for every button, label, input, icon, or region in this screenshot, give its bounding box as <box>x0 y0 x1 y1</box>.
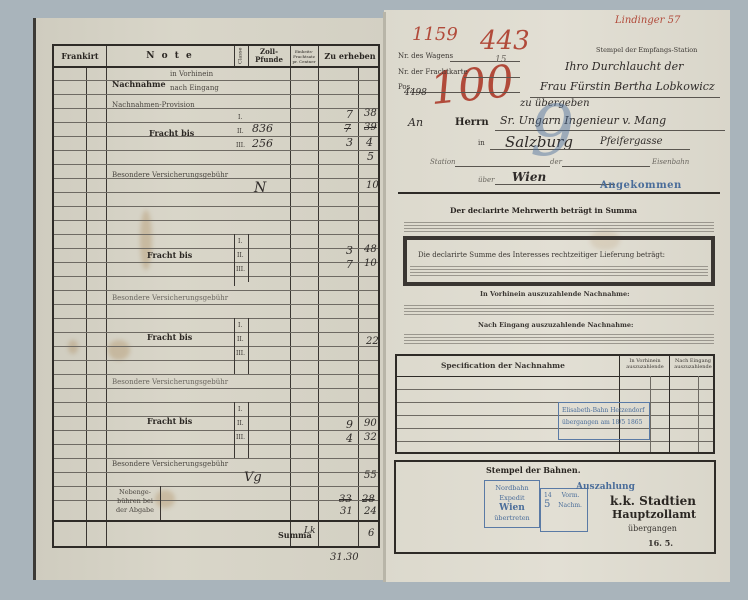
vers-amount: 55 <box>364 470 377 481</box>
label-nachnahme: Nachnahme <box>112 79 166 89</box>
label-versicherung: Besondere Versicherungsgebühr <box>112 378 228 386</box>
label-nachnahmen-provision: Nachnahmen-Provision <box>112 101 195 109</box>
class-i: I. <box>238 114 242 121</box>
address-via: Wien <box>512 170 546 184</box>
summa-mark: Lk <box>304 526 315 536</box>
amount-fl-struck: 7 <box>344 122 351 135</box>
label-fracht-bis: Fracht bis <box>147 250 192 260</box>
spec-title: Specification der Nachnahme <box>441 361 565 370</box>
label-versicherung: Besondere Versicherungsgebühr <box>112 460 228 468</box>
label-versicherung: Besondere Versicherungsgebühr <box>112 171 228 179</box>
label-eisenbahn: Eisenbahn <box>652 158 689 166</box>
stamp-time: Vorm. <box>562 492 580 499</box>
header-zoll-pfunde: Zoll- Pfunde <box>248 46 290 66</box>
wagen-note: 15 <box>495 55 506 65</box>
label-fracht-bis: Fracht bis <box>147 416 192 426</box>
stamp-angekommen: Angekommen <box>600 180 682 191</box>
summa-amount: 6 <box>368 528 374 539</box>
header-frankirt: Frankirt <box>54 46 106 66</box>
amount-fl: 7 <box>346 108 353 121</box>
label-nr-wagens: Nr. des Wagens <box>398 52 453 60</box>
class-iii: III. <box>236 266 245 273</box>
class-iii: III. <box>236 350 245 357</box>
class-iii: III. <box>236 142 245 149</box>
stamp-auszahlung: Auszahlung <box>576 482 635 492</box>
stamp-line: Elisabeth-Bahn Hetzendorf <box>562 405 646 417</box>
label-nr-frachtkarte: Nr. der Frachtkarte <box>398 68 468 76</box>
label-fracht-bis: Fracht bis <box>149 128 194 138</box>
spec-col-vorhinein: In Vorhinein auszuzahlende <box>621 358 669 370</box>
stamp-line: Expedit <box>488 493 536 503</box>
class-ii: II. <box>237 336 244 343</box>
total-below: 31.30 <box>330 552 359 563</box>
stamp-date: 14 <box>544 492 552 499</box>
stamp-zollamt-line3: übergangen <box>628 524 677 533</box>
specification-table: Specification der Nachnahme In Vorhinein… <box>395 354 715 454</box>
amount-kr: 48 <box>364 244 377 255</box>
stamp-zollamt-line2: Hauptzollamt <box>612 508 696 521</box>
label-stempel-empfang: Stempel der Empfangs-Station <box>596 46 697 54</box>
blue-pencil-mark: 9 <box>530 90 575 172</box>
header-classe: Classe <box>234 46 248 66</box>
vers-mark: Vg <box>244 470 262 485</box>
weight-class-ii: 836 <box>252 122 273 135</box>
header-einheits-frachtsatz: Einheits-Frachtsatz pr. Centner <box>290 46 318 66</box>
eingang-nachnahme-label: Nach Eingang auszuzahlende Nachnahme: <box>478 321 633 329</box>
label-in: in <box>478 139 485 147</box>
red-number-1159: 1159 <box>412 24 458 45</box>
amount-fl: 3 <box>346 136 353 149</box>
label-station: Station <box>430 158 456 166</box>
charges-table: Frankirt N o t e Classe Zoll- Pfunde Ein… <box>52 44 380 548</box>
class-i: I. <box>238 322 242 329</box>
class-i: I. <box>238 238 242 245</box>
class-i: I. <box>238 406 242 413</box>
label-nach-eingang: nach Eingang <box>170 84 219 92</box>
amount-kr-struck: 39 <box>364 122 377 133</box>
amount-kr: 22 <box>366 336 379 347</box>
red-number-443: 443 <box>480 26 530 56</box>
amount-kr: 10 <box>364 258 377 269</box>
stamp-zollamt-line1: k.k. Stadtien <box>610 494 696 508</box>
label-versicherung: Besondere Versicherungsgebühr <box>112 294 228 302</box>
label-fracht-bis: Fracht bis <box>147 332 192 342</box>
pos-note: 4498 <box>404 88 427 98</box>
label-herrn: Herrn <box>455 117 489 128</box>
amount-fl: 7 <box>346 258 353 271</box>
amount-kr: 5 <box>367 150 374 163</box>
stamp-elisabeth-bahn: Elisabeth-Bahn Hetzendorf übergangen am … <box>558 402 650 440</box>
neben-kr: 24 <box>364 506 377 517</box>
neben-struck-fl: 33 <box>339 494 352 505</box>
vers-mark: N <box>254 180 266 196</box>
herrn-prefix: An <box>408 116 423 129</box>
declared-value-label: Der declarirte Mehrwerth beträgt in Summ… <box>450 206 637 215</box>
label-uber: über <box>478 176 494 184</box>
stamp-nordbahn: Nordbahn Expedit Wien übertreten <box>484 480 540 528</box>
top-right-note: Lindinger 57 <box>615 15 680 26</box>
neben-struck-kr: 28 <box>362 494 375 505</box>
stamp-line: übergangen am 18/5 1865 <box>562 417 646 429</box>
amount-kr: 90 <box>364 418 377 429</box>
amount-fl: 9 <box>346 418 353 431</box>
amount-kr: 4 <box>366 136 373 149</box>
class-ii: II. <box>237 420 244 427</box>
vers-amount: 10 <box>366 180 379 191</box>
stamp-zollamt-date: 16. 5. <box>648 538 673 548</box>
address-line1: Ihro Durchlaucht der <box>565 60 683 73</box>
interest-box <box>403 236 715 286</box>
address-street: Pfeifergasse <box>600 136 663 147</box>
amount-fl: 3 <box>346 244 353 257</box>
stamp-nordbahn-date: 14 Vorm. 5 Nachm. <box>540 488 588 532</box>
label-nebengebuhren: Nebenge- bühren bei der Abgabe <box>110 488 160 515</box>
stamp-line: übertreten <box>488 513 536 523</box>
class-iii: III. <box>236 434 245 441</box>
class-ii: II. <box>237 252 244 259</box>
label-in-vorhinein: in Vorhinein <box>170 70 213 78</box>
stamp-date: 5 <box>544 499 550 510</box>
amount-kr: 38 <box>364 108 377 119</box>
stamp-line: Nordbahn <box>488 483 536 493</box>
header-note: N o t e <box>106 46 234 66</box>
spec-col-eingang: Nach Eingang auszuzahlende <box>671 358 715 370</box>
amount-fl: 4 <box>346 432 353 445</box>
address-line4: Sr. Ungarn Ingenieur v. Mang <box>500 114 666 127</box>
header-zu-erheben: Zu erheben <box>318 46 382 66</box>
weight-class-iii: 256 <box>252 137 273 150</box>
neben-fl: 31 <box>340 506 353 517</box>
amount-kr: 32 <box>364 432 377 443</box>
declared-interest-label: Die declarirte Summe des Interesses rech… <box>418 251 665 259</box>
stamp-line: Wien <box>488 503 536 513</box>
page-fold <box>383 12 386 582</box>
stempel-bahnen-label: Stempel der Bahnen. <box>486 465 581 475</box>
vorhinein-nachnahme-label: In Vorhinein auszuzahlende Nachnahme: <box>480 290 630 298</box>
class-ii: II. <box>237 128 244 135</box>
stamp-time: Nachm. <box>558 502 582 509</box>
